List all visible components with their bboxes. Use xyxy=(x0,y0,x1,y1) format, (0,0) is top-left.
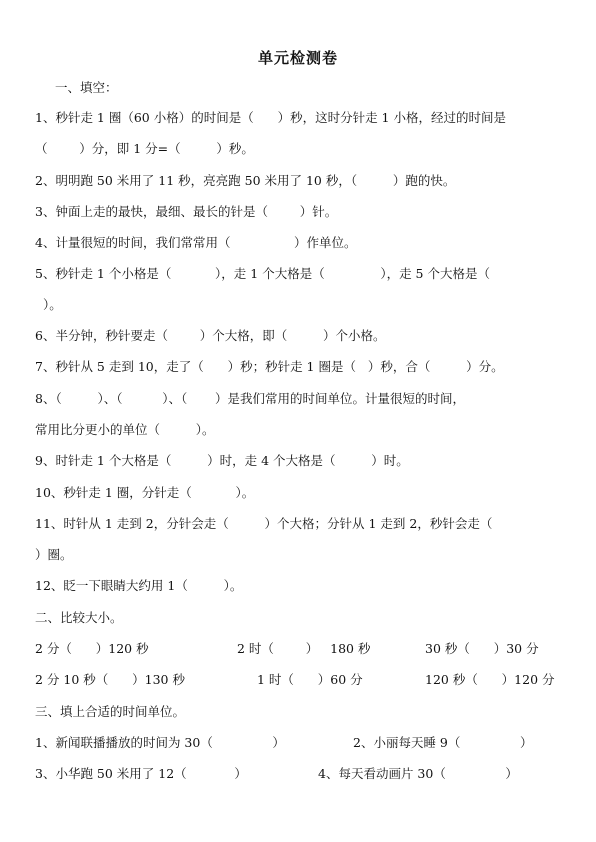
section-heading-compare: 二、比较大小。 xyxy=(35,610,123,626)
compare-item: 2 分（ ）120 秒 xyxy=(35,641,149,657)
question-line: ）。 xyxy=(35,297,62,313)
question-line: ）圈。 xyxy=(35,547,73,563)
compare-item: 2 时（ ） 180 秒 xyxy=(237,641,370,657)
question-line: 11、时针从 1 走到 2，分针会走（ ）个大格；分针从 1 走到 2，秒针会走… xyxy=(35,516,492,532)
compare-item: 1 时（ ）60 分 xyxy=(257,672,363,688)
unit-item: 3、小华跑 50 米用了 12（ ） xyxy=(35,766,247,782)
page-title: 单元检测卷 xyxy=(0,47,596,68)
compare-item: 120 秒（ ）120 分 xyxy=(425,672,555,688)
compare-item: 30 秒（ ）30 分 xyxy=(425,641,539,657)
unit-item: 4、每天看动画片 30（ ） xyxy=(318,766,518,782)
question-line: 1、秒针走 1 圈（60 小格）的时间是（ ）秒，这时分针走 1 小格，经过的时… xyxy=(35,110,506,126)
section-heading-fill-blank: 一、填空： xyxy=(55,80,118,96)
question-line: （ ）分，即 1 分=（ ）秒。 xyxy=(35,141,254,157)
question-line: 6、半分钟，秒针要走（ ）个大格，即（ ）个小格。 xyxy=(35,328,386,344)
exam-page: 单元检测卷 一、填空： 1、秒针走 1 圈（60 小格）的时间是（ ）秒，这时分… xyxy=(0,0,596,842)
question-line: 3、钟面上走的最快，最细、最长的针是（ ）针。 xyxy=(35,204,337,220)
question-line: 7、秒针从 5 走到 10，走了（ ）秒；秒针走 1 圈是（ ）秒，合（ ）分。 xyxy=(35,359,504,375)
question-line: 10、秒针走 1 圈，分针走（ ）。 xyxy=(35,485,254,501)
unit-item: 2、小丽每天睡 9（ ） xyxy=(353,735,532,751)
question-line: 5、秒针走 1 个小格是（ ），走 1 个大格是（ ），走 5 个大格是（ xyxy=(35,266,490,282)
question-line: 2、明明跑 50 米用了 11 秒，亮亮跑 50 米用了 10 秒，（ ）跑的快… xyxy=(35,173,455,189)
question-line: 12、眨一下眼睛大约用 1（ ）。 xyxy=(35,578,242,594)
compare-item: 2 分 10 秒（ ）130 秒 xyxy=(35,672,185,688)
question-line: 9、时针走 1 个大格是（ ）时，走 4 个大格是（ ）时。 xyxy=(35,453,409,469)
question-line: 4、计量很短的时间，我们常常用（ ）作单位。 xyxy=(35,235,357,251)
unit-item: 1、新闻联播播放的时间为 30（ ） xyxy=(35,735,285,751)
section-heading-time-units: 三、填上合适的时间单位。 xyxy=(35,704,185,720)
question-line: 8、（ ）、（ ）、（ ）是我们常用的时间单位。计量很短的时间， xyxy=(35,391,465,407)
question-line: 常用比分更小的单位（ ）。 xyxy=(35,422,215,438)
